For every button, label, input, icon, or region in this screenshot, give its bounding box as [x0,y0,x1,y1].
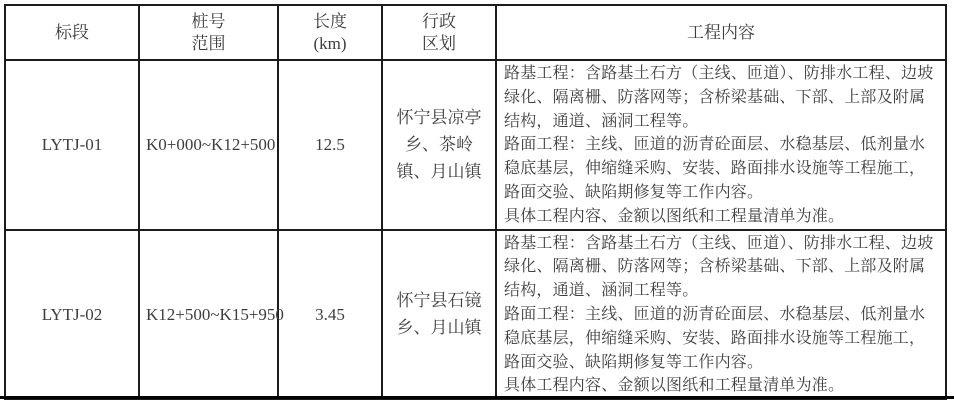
header-cell-section: 标段 [5,5,139,60]
admin-division-cell: 怀宁县凉亭乡、茶岭镇、月山镇 [382,60,496,230]
stake-range-cell: K0+000~K12+500 [139,60,278,230]
header-cell-stake-range: 桩号 范围 [139,5,278,60]
project-sections-table: 标段 桩号 范围 长度 (km) 行政 区划 工程内容 LYTJ-01 K0+0… [4,4,947,400]
header-cell-length-km: 长度 (km) [278,5,382,60]
table-header-row: 标段 桩号 范围 长度 (km) 行政 区划 工程内容 [5,5,946,60]
length-km-cell: 3.45 [278,230,382,400]
page-bottom-rule [0,396,954,399]
header-cell-admin-division: 行政 区划 [382,5,496,60]
work-content-cell: 路基工程：含路基土石方（主线、匝道）、防排水工程、边坡绿化、隔离栅、防落网等；含… [496,230,946,400]
header-label-line: 工程内容 [497,22,945,44]
work-content-paragraph: 路基工程：含路基土石方（主线、匝道）、防排水工程、边坡绿化、隔离栅、防落网等；含… [504,232,939,303]
work-content-paragraph: 具体工程内容、金额以图纸和工程量清单为准。 [504,205,939,229]
header-label-line: 长度 [279,11,381,33]
header-label-line: 桩号 [140,11,277,33]
work-content-cell: 路基工程：含路基土石方（主线、匝道）、防排水工程、边坡绿化、隔离栅、防落网等；含… [496,60,946,230]
section-id-cell: LYTJ-02 [5,230,139,400]
header-cell-work-content: 工程内容 [496,5,946,60]
section-id-cell: LYTJ-01 [5,60,139,230]
work-content-paragraph: 路基工程：含路基土石方（主线、匝道）、防排水工程、边坡绿化、隔离栅、防落网等；含… [504,62,939,133]
length-km-cell: 12.5 [278,60,382,230]
header-label-line: 标段 [6,22,138,44]
work-content-paragraph: 路面工程：主线、匝道的沥青砼面层、水稳基层、低剂量水稳底基层，伸缩缝采购、安装、… [504,133,939,204]
header-label-line: 行政 [383,11,495,33]
table-row-lytj-01: LYTJ-01 K0+000~K12+500 12.5 怀宁县凉亭乡、茶岭镇、月… [5,60,946,230]
work-content-paragraph: 具体工程内容、金额以图纸和工程量清单为准。 [504,374,939,398]
table-row-lytj-02: LYTJ-02 K12+500~K15+950 3.45 怀宁县石镜乡、月山镇 … [5,230,946,400]
work-content-paragraph: 路面工程：主线、匝道的沥青砼面层、水稳基层、低剂量水稳底基层，伸缩缝采购、安装、… [504,303,939,374]
admin-division-cell: 怀宁县石镜乡、月山镇 [382,230,496,400]
document-page: 标段 桩号 范围 长度 (km) 行政 区划 工程内容 LYTJ-01 K0+0… [0,0,954,403]
header-label-line: 范围 [140,33,277,55]
header-label-line: 区划 [383,33,495,55]
header-label-line: (km) [279,33,381,55]
stake-range-cell: K12+500~K15+950 [139,230,278,400]
